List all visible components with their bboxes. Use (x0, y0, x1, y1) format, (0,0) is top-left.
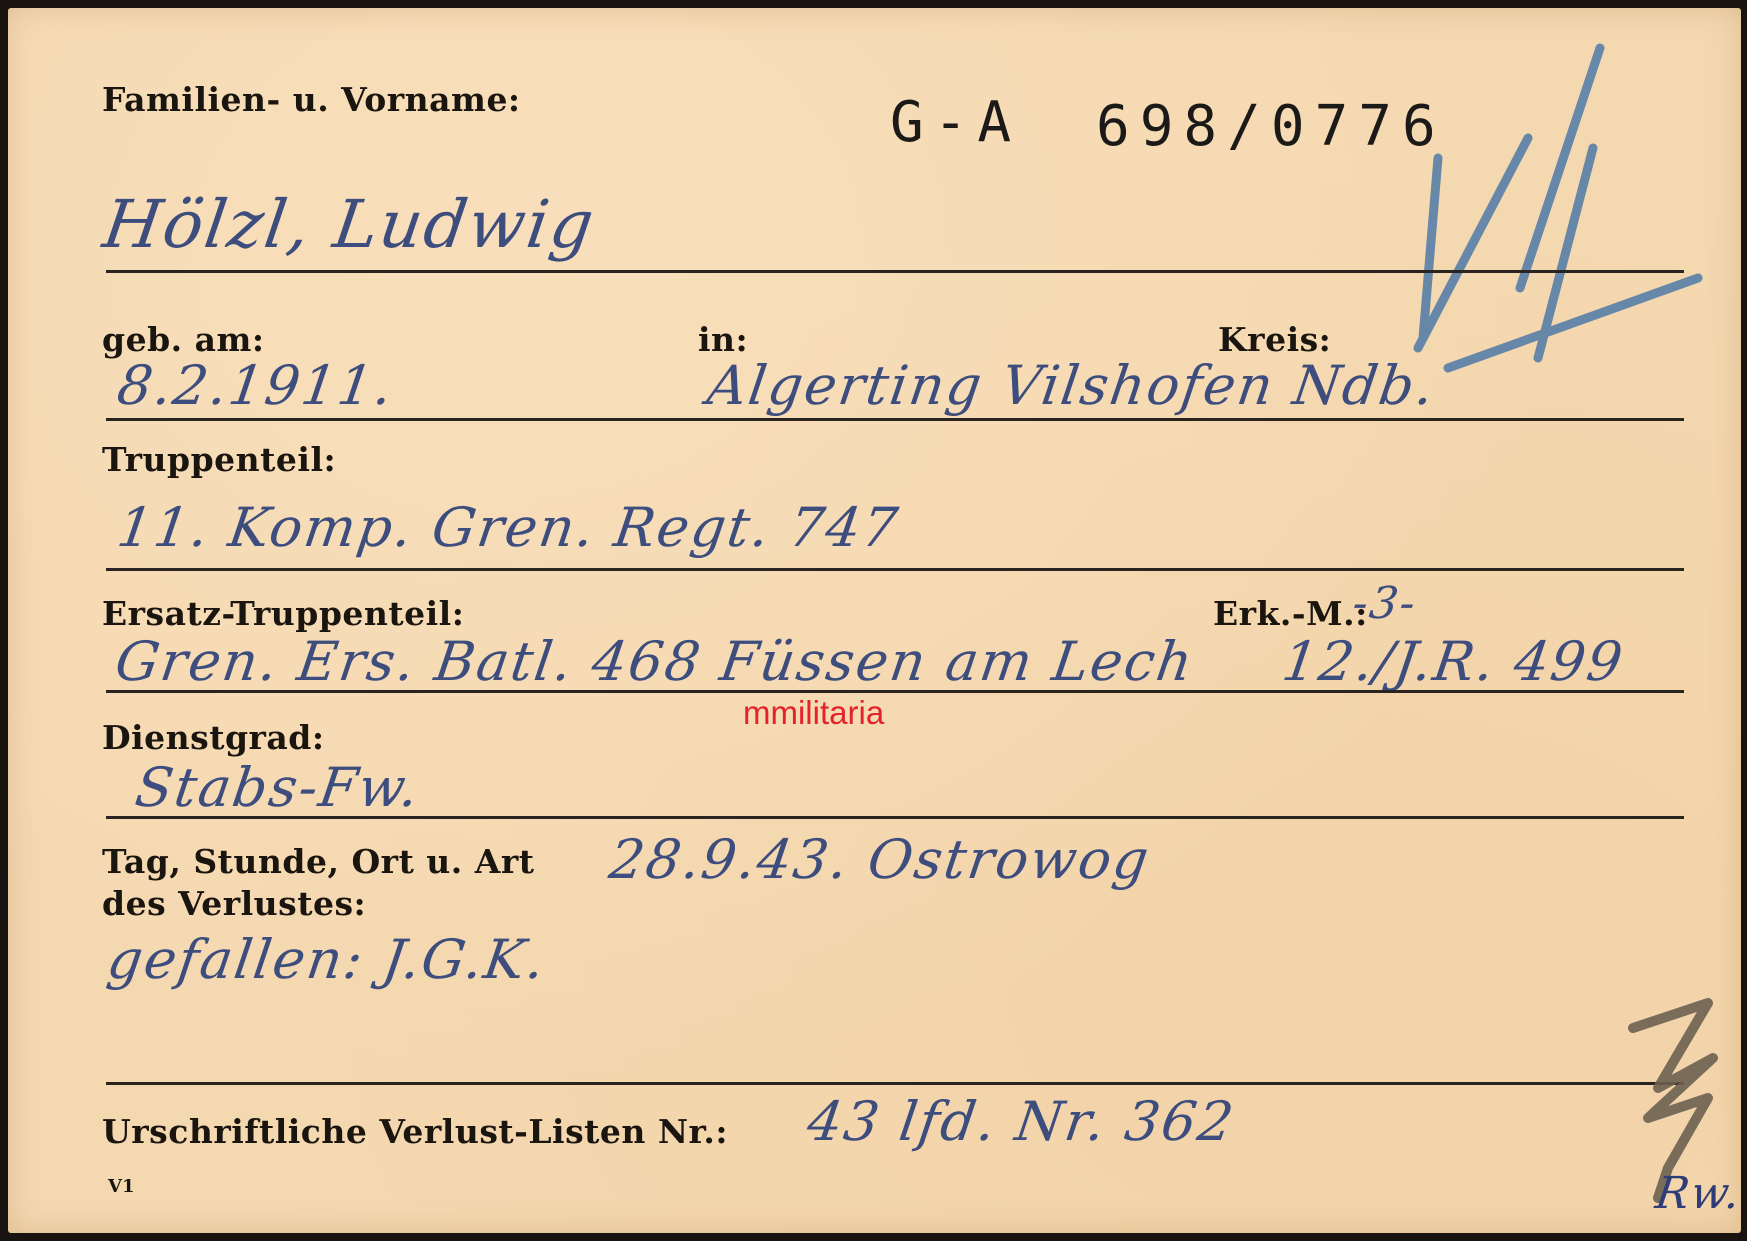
value-replacement-unit: Gren. Ers. Batl. 468 Füssen am Lech (112, 630, 1199, 693)
value-unit: 11. Komp. Gren. Regt. 747 (114, 496, 904, 559)
blue-pencil-mark-icon (1408, 38, 1708, 418)
label-replacement-unit: Ersatz-Truppenteil: (102, 594, 464, 633)
label-loss-line2: des Verlustes: (102, 884, 366, 923)
value-birth-place: Algerting Vilshofen Ndb. (704, 354, 1440, 417)
value-id-tag-unit: 12./J.R. 499 (1279, 630, 1629, 693)
file-prefix: G-A (890, 90, 1021, 155)
rule-unit (106, 568, 1684, 571)
rule-name (106, 270, 1684, 273)
value-loss-list: 43 lfd. Nr. 362 (804, 1090, 1239, 1153)
file-number: 698/0776 (1096, 94, 1446, 159)
value-loss-line1: 28.9.43. Ostrowog (606, 828, 1155, 891)
value-loss-line2: gefallen: J.G.K. (104, 928, 551, 991)
label-rank: Dienstgrad: (102, 718, 325, 757)
record-card: Familien- u. Vorname: G-A 698/0776 Hölzl… (8, 8, 1741, 1233)
value-birth-date: 8.2.1911. (114, 354, 398, 417)
rule-rank (106, 816, 1684, 819)
rule-bottom (106, 1082, 1684, 1085)
label-loss-list: Urschriftliche Verlust-Listen Nr.: (102, 1112, 728, 1151)
rule-replacement-unit (106, 690, 1684, 693)
form-code: V1 (108, 1176, 135, 1197)
label-id-tag: Erk.-M.: (1213, 594, 1368, 633)
value-name: Hölzl, Ludwig (99, 186, 601, 263)
rule-birth (106, 418, 1684, 421)
label-unit: Truppenteil: (102, 440, 336, 479)
value-id-tag: -3- (1349, 578, 1420, 629)
initials: Rw. (1652, 1168, 1745, 1219)
watermark: mmilitaria (743, 694, 884, 732)
label-name: Familien- u. Vorname: (102, 80, 521, 119)
label-loss-line1: Tag, Stunde, Ort u. Art (102, 842, 535, 881)
value-rank: Stabs-Fw. (132, 756, 425, 819)
